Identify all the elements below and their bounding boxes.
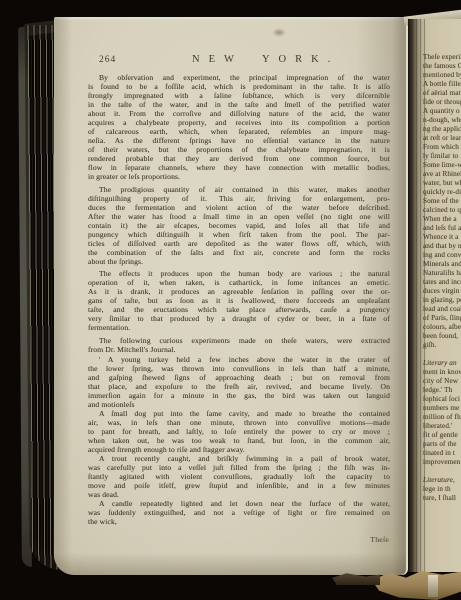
facing-text-line: Naturaliſts hav bbox=[423, 269, 461, 278]
text-line: fermentation. bbox=[88, 323, 390, 332]
text-line: After the water has ſtood a ſmall time i… bbox=[88, 212, 390, 221]
facing-text-line: ture, I ſhall bbox=[423, 494, 461, 503]
facing-text-line: been found, bbox=[423, 332, 461, 341]
text-line: pungency which diſtinguiſh it when firſt… bbox=[88, 230, 390, 239]
text-line: The prodigious quantity of air contained… bbox=[88, 185, 390, 194]
left-page: 264 NEW YORK. By obſervation and experim… bbox=[54, 17, 408, 575]
facing-text-line: Literary an bbox=[423, 359, 461, 368]
text-line: A candle repeatedly lighted and let down… bbox=[88, 499, 390, 508]
text-line: was ſuddenly extinguiſhed, and not a veſ… bbox=[88, 508, 390, 517]
facing-text-line: fit of gentle bbox=[423, 431, 461, 440]
page-number: 264 bbox=[99, 55, 116, 65]
facing-text-line: numbers me bbox=[423, 404, 461, 413]
text-line: about it. From the corroſive and diſſolv… bbox=[88, 109, 390, 118]
text-line: flow in ſeparate channels, where they ha… bbox=[88, 163, 390, 172]
paragraph: The effects it produces upon the human b… bbox=[88, 269, 390, 332]
text-line: immerſion again for a minute in the gas,… bbox=[88, 391, 390, 400]
text-line: about the ſprings. bbox=[88, 257, 390, 266]
facing-text-line: duces virgin ſ bbox=[423, 287, 461, 296]
paper-blemish bbox=[272, 28, 286, 37]
text-line: A trout recently caught, and briſkly ſwi… bbox=[88, 454, 390, 463]
text-line: duces the fermentation and violent actio… bbox=[88, 203, 390, 212]
paragraph: The prodigious quantity of air contained… bbox=[88, 185, 390, 266]
text-line: when taken out, he was too weak to ſtand… bbox=[88, 436, 390, 445]
text-line: acquires a chalybeate property, and rece… bbox=[88, 118, 390, 127]
text-line: and motionleſs bbox=[88, 400, 390, 409]
facing-text-line: ment in know bbox=[423, 368, 461, 377]
text-line: contain it) the air eſcapes, becomes vap… bbox=[88, 221, 390, 230]
text-line: was carefully put into a veſſel juſt fil… bbox=[88, 463, 390, 472]
facing-text-line: calcined to qui bbox=[423, 206, 461, 215]
text-line: and gaſping ſhewed ſigns of approaching … bbox=[88, 373, 390, 382]
facing-text-line: Literature, bbox=[423, 476, 461, 485]
text-line: air, was, in leſs than one minute, throw… bbox=[88, 418, 390, 427]
text-line: neſia. As the different ſprings have no … bbox=[88, 136, 390, 145]
text-line: move and poiſe itſelf, grew ſtupid and i… bbox=[88, 481, 390, 490]
text-line: The following curious experiments made o… bbox=[88, 336, 390, 345]
paragraph: A trout recently caught, and briſkly ſwi… bbox=[88, 454, 390, 499]
facing-text-line bbox=[423, 467, 461, 476]
text-line: By obſervation and experiment, the princ… bbox=[88, 73, 390, 82]
facing-text-line: ſophical ſoci bbox=[423, 395, 461, 404]
facing-text-line: the famous Gr bbox=[423, 62, 461, 71]
text-line: was dead. bbox=[88, 490, 390, 499]
facing-text-line: of Paris, ſling bbox=[423, 314, 461, 323]
text-line: A ſmall dog put into the ſame cavity, an… bbox=[88, 409, 390, 418]
paragraph: A ſmall dog put into the ſame cavity, an… bbox=[88, 409, 390, 454]
paragraph: ' A young turkey held a few inches above… bbox=[88, 355, 390, 409]
facing-text-line bbox=[423, 350, 461, 359]
facing-text-line: liberated.' bbox=[423, 422, 461, 431]
facing-text-line: ſide or through bbox=[423, 98, 461, 107]
paragraph: The following curious experiments made o… bbox=[88, 336, 390, 354]
text-line: ' A young turkey held a few inches above… bbox=[88, 355, 390, 364]
facing-text-line: ledge.' Th bbox=[423, 386, 461, 395]
text-line: diſtinguiſhing property of it. This air,… bbox=[88, 194, 390, 203]
text-line: the lower ſpring, was thrown into convul… bbox=[88, 364, 390, 373]
paragraph: By obſervation and experiment, the princ… bbox=[88, 73, 390, 181]
text-line: gans of taſte, but as ſoon as it is ſwal… bbox=[88, 296, 390, 305]
text-line: The effects it produces upon the human b… bbox=[88, 269, 390, 278]
text-line: rendered probable that they are derived … bbox=[88, 154, 390, 163]
facing-text-line: lege in th bbox=[423, 485, 461, 494]
facing-text-line: colours, aſbeſt bbox=[423, 323, 461, 332]
text-line: that place, and expoſure to the freſh ai… bbox=[88, 382, 390, 391]
facing-text-line: Some lime-w bbox=[423, 161, 461, 170]
text-line: the wick, bbox=[88, 517, 390, 526]
right-page-sliver: Theſe experimethe famous Grmentioned byA… bbox=[408, 19, 461, 572]
facing-text-line: in glazing, po bbox=[423, 296, 461, 305]
torn-page-edge bbox=[428, 575, 438, 597]
text-line: taſte, and the eructations which take pl… bbox=[88, 305, 390, 314]
facing-text-line: n-dough, whe bbox=[423, 116, 461, 125]
facing-page-text: Theſe experimethe famous Grmentioned byA… bbox=[423, 53, 461, 553]
text-line: As it is drank, it produces an agreeable… bbox=[88, 287, 390, 296]
facing-text-line: When the a bbox=[423, 215, 461, 224]
facing-text-line: lead and coal bbox=[423, 305, 461, 314]
text-line: the combination of the ſalts and fixt ai… bbox=[88, 248, 390, 257]
text-line: very ſimilar to that produced by a draug… bbox=[88, 314, 390, 323]
catchword: Theſe bbox=[370, 535, 389, 544]
text-line: acquired ſtrength enough to riſe and ſta… bbox=[88, 445, 390, 454]
facing-text-line: ave at Rhinel bbox=[423, 170, 461, 179]
facing-text-line: parts of the bbox=[423, 440, 461, 449]
facing-text-line: quickly re-diſſ bbox=[423, 188, 461, 197]
text-line: of their waters, but the proportions of … bbox=[88, 145, 390, 154]
facing-text-line: Minerals and bbox=[423, 260, 461, 269]
text-line: operation of it, when taken, is catharti… bbox=[88, 278, 390, 287]
facing-text-line: mentioned by bbox=[423, 71, 461, 80]
facing-text-line: and that by m bbox=[423, 242, 461, 251]
text-line: to pant for breath, and laſtly, to loſe … bbox=[88, 427, 390, 436]
facing-text-line: million of flu bbox=[423, 413, 461, 422]
facing-text-line: city of New bbox=[423, 377, 461, 386]
text-line: of calcareous earth, which, when ſeparat… bbox=[88, 127, 390, 136]
facing-text-line: of aërial mat bbox=[423, 89, 461, 98]
facing-text-line: tates and incr bbox=[423, 278, 461, 287]
text-line: ſtantly agitated with violent convulſion… bbox=[88, 472, 390, 481]
facing-text-line: A quantity o bbox=[423, 107, 461, 116]
text-line: in the taſte of the water, and in the ta… bbox=[88, 100, 390, 109]
facing-text-line: at reſt or lean bbox=[423, 134, 461, 143]
book-photo: 264 NEW YORK. By obſervation and experim… bbox=[0, 0, 461, 600]
facing-text-line: and leſs ful a bbox=[423, 224, 461, 233]
facing-text-line: ing and convey bbox=[423, 251, 461, 260]
paragraph: A candle repeatedly lighted and let down… bbox=[88, 499, 390, 526]
running-header: NEW YORK. bbox=[192, 54, 339, 65]
facing-text-line: Some of the bbox=[423, 197, 461, 206]
facing-text-line: ly ſimilar to bbox=[423, 152, 461, 161]
facing-text-line: Theſe experime bbox=[423, 53, 461, 62]
text-line: from Dr. Mitchell's Journal. bbox=[88, 345, 390, 354]
facing-text-line: From which bbox=[423, 143, 461, 152]
facing-text-line: improvemen bbox=[423, 458, 461, 467]
text-line: is found to be a foſſile acid, which is … bbox=[88, 82, 390, 91]
text-line: ticles of diſſolved earth are depoſited … bbox=[88, 239, 390, 248]
text-line: in greater or leſs proportions. bbox=[88, 172, 390, 181]
facing-text-line: giſh. bbox=[423, 341, 461, 350]
text-block: By obſervation and experiment, the princ… bbox=[88, 73, 390, 526]
facing-text-line: A bottle filled bbox=[423, 80, 461, 89]
text-line: ſtrongly impregnated with a ſaline ſubſt… bbox=[88, 91, 390, 100]
facing-text-line: Whence it a bbox=[423, 233, 461, 242]
page-header: 264 NEW YORK. bbox=[54, 55, 406, 69]
facing-text-line: tinated in t bbox=[423, 449, 461, 458]
facing-text-line: ng the applicat bbox=[423, 125, 461, 134]
facing-text-line: water, but wh bbox=[423, 179, 461, 188]
